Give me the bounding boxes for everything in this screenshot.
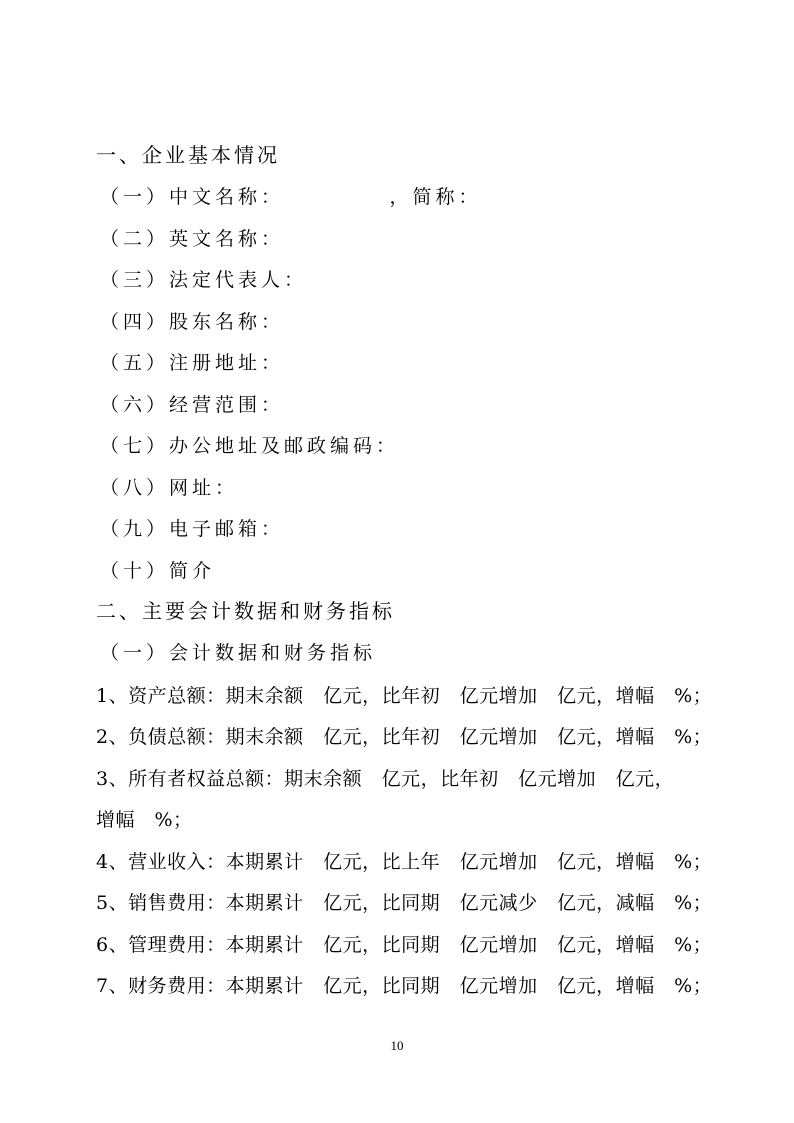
section-heading-basic-info: 一、企业基本情况 [96, 143, 280, 167]
financial-item-owners-equity: 3、所有者权益总额：期末余额 亿元，比年初 亿元增加 亿元， [96, 767, 674, 791]
section-heading-financial: 二、主要会计数据和财务指标 [96, 599, 395, 623]
field-registered-address: （五）注册地址： [100, 351, 284, 375]
field-shareholder-name: （四）股东名称： [100, 310, 284, 334]
field-website: （八）网址： [100, 476, 238, 500]
page-number: 10 [0, 1038, 794, 1054]
financial-item-admin-expenses: 6、管理费用：本期累计 亿元，比同期 亿元增加 亿元，增幅 %； [96, 933, 712, 957]
financial-item-finance-expenses: 7、财务费用：本期累计 亿元，比同期 亿元增加 亿元，增幅 %； [96, 974, 712, 998]
field-chinese-name: （一）中文名称： ，简称： [100, 185, 482, 209]
financial-item-total-liabilities: 2、负债总额：期末余额 亿元，比年初 亿元增加 亿元，增幅 %； [96, 725, 712, 749]
field-english-name: （二）英文名称： [100, 227, 284, 251]
financial-item-selling-expenses: 5、销售费用：本期累计 亿元，比同期 亿元减少 亿元，减幅 %； [96, 891, 712, 915]
financial-item-total-assets: 1、资产总额：期末余额 亿元，比年初 亿元增加 亿元，增幅 %； [96, 684, 712, 708]
field-business-scope: （六）经营范围： [100, 393, 284, 417]
field-office-address: （七）办公地址及邮政编码： [100, 434, 399, 458]
field-legal-representative: （三）法定代表人： [100, 268, 307, 292]
financial-item-revenue: 4、营业收入：本期累计 亿元，比上年 亿元增加 亿元，增幅 %； [96, 850, 712, 874]
field-email: （九）电子邮箱： [100, 517, 284, 541]
subsection-heading-financial: （一）会计数据和财务指标 [100, 641, 376, 665]
field-introduction: （十）简介 [100, 559, 215, 583]
financial-item-owners-equity-cont: 增幅 %； [96, 808, 193, 832]
